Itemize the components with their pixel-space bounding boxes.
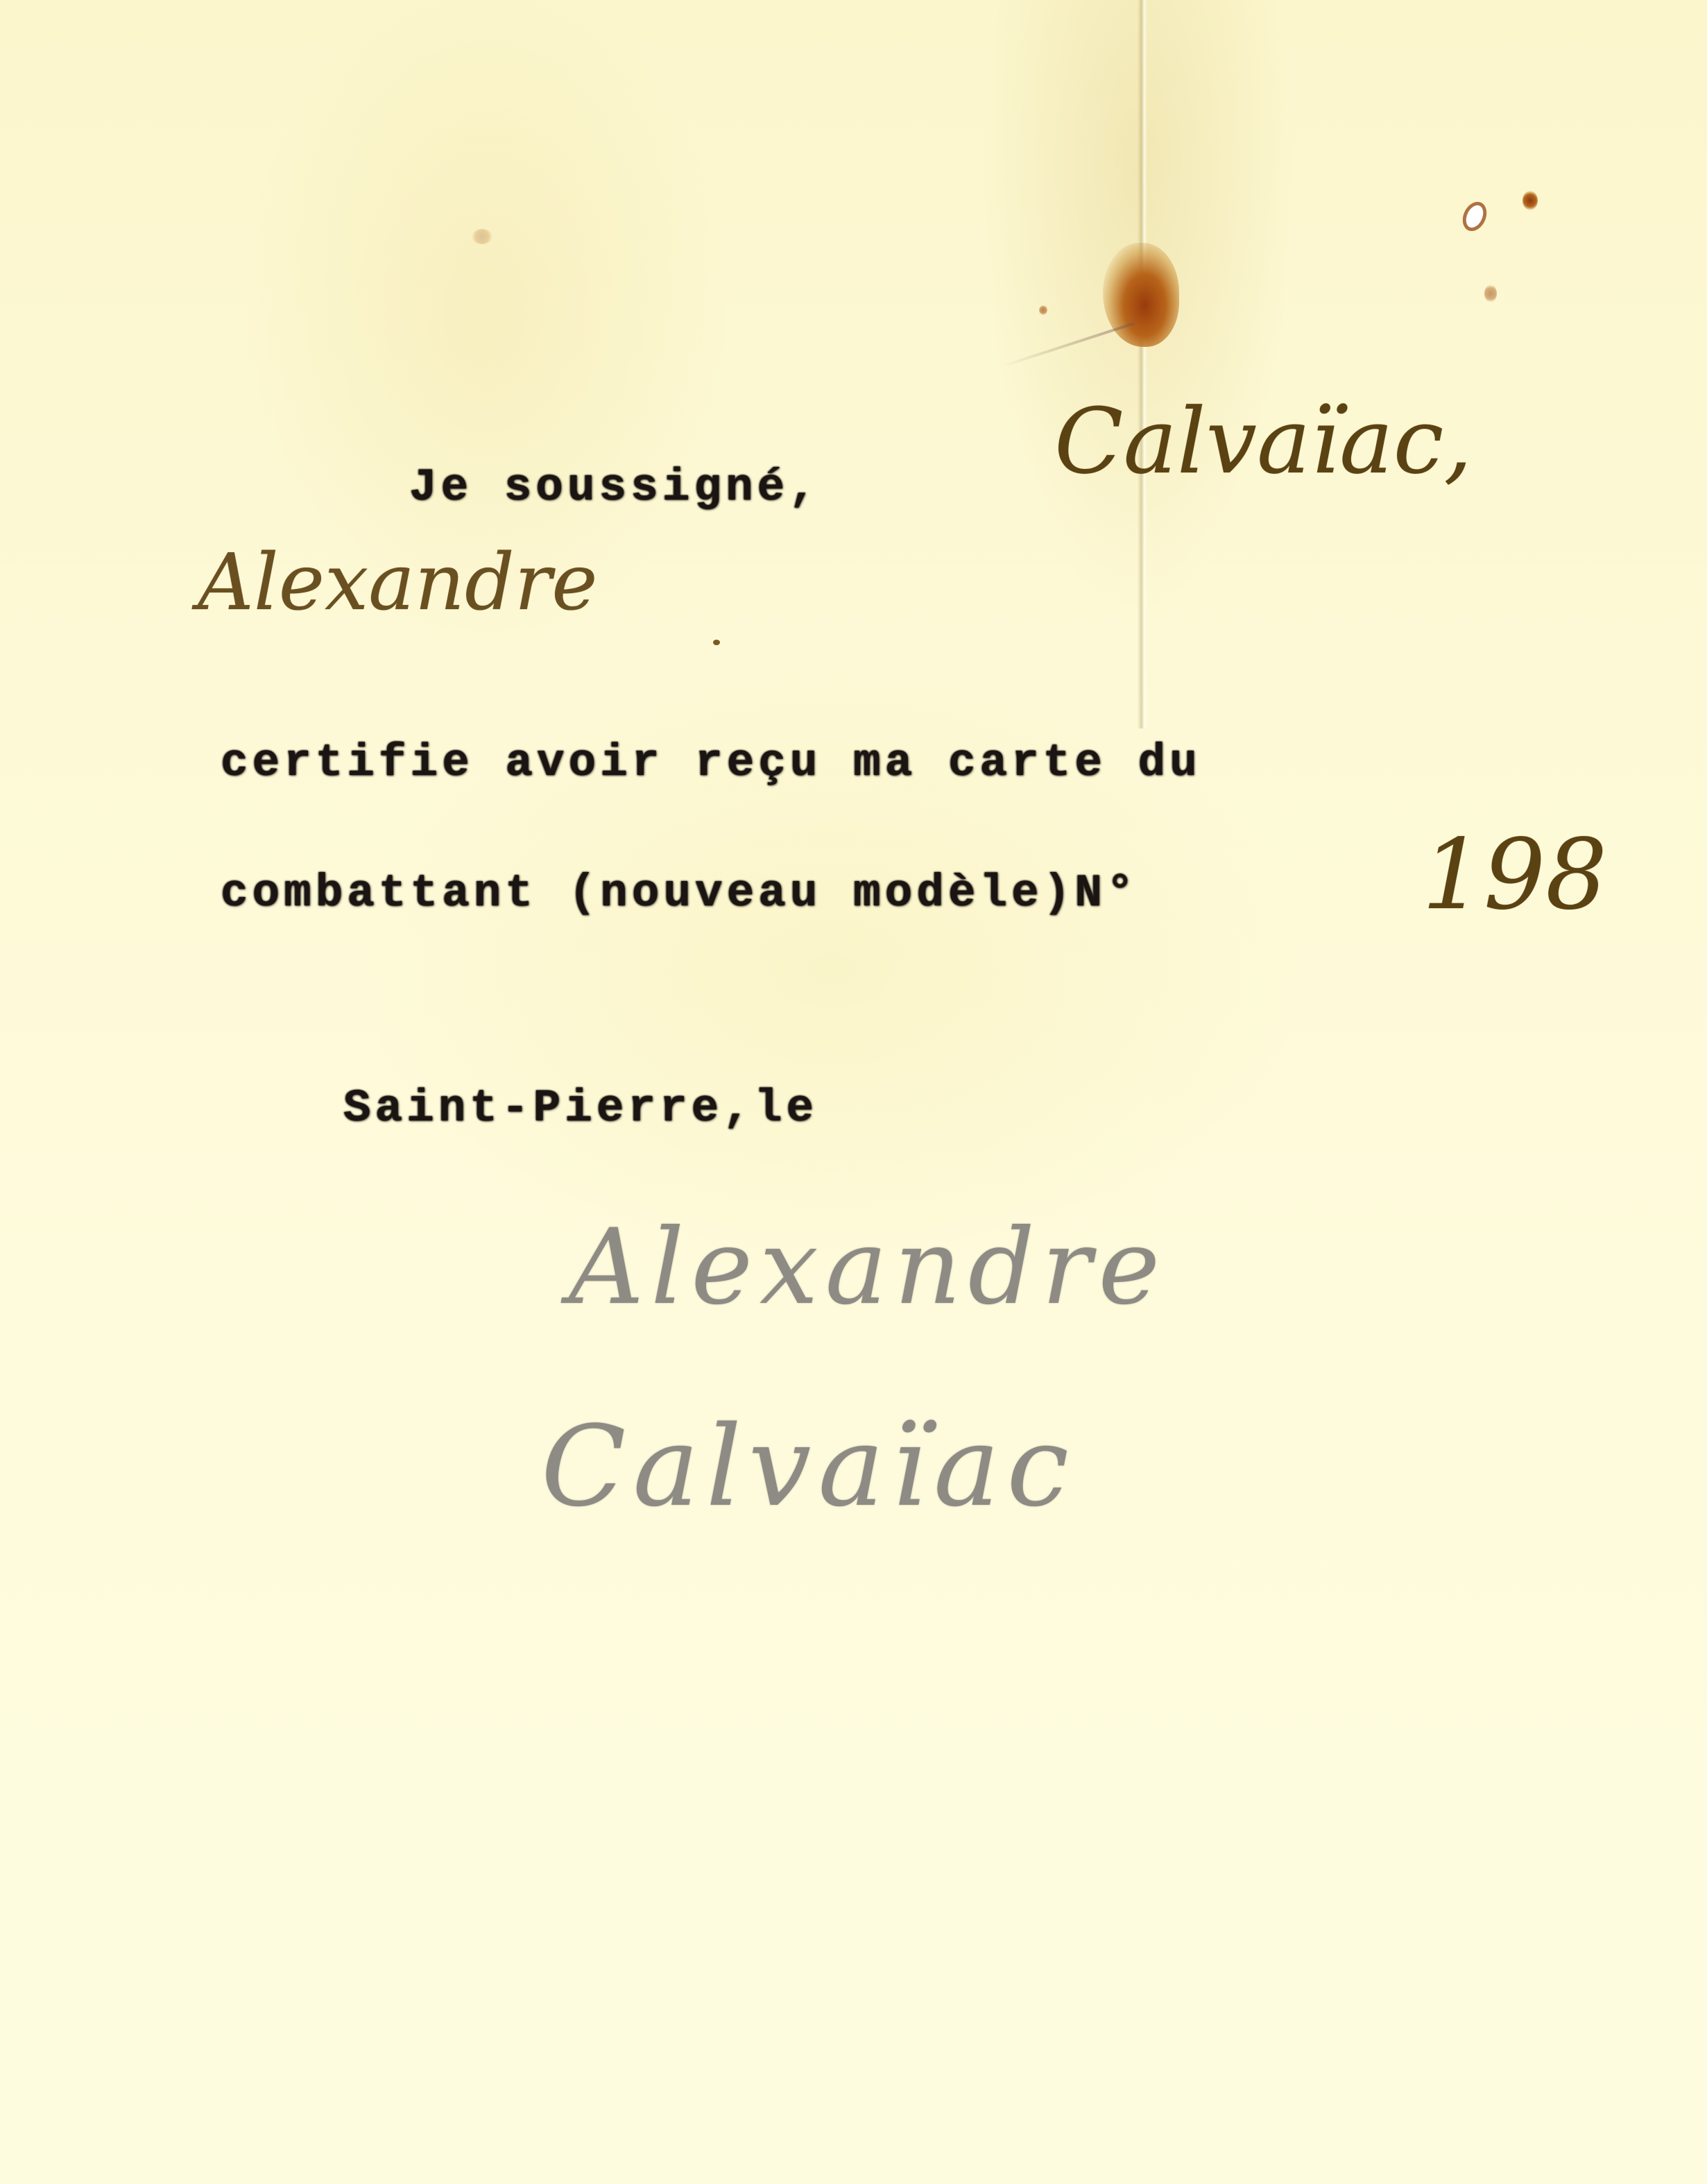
rust-spot (1484, 284, 1497, 302)
handwritten-given-name: Alexandre (198, 538, 598, 628)
typed-line-je-soussigne: Je soussigné, (409, 461, 821, 513)
paper-fold-crease (1138, 0, 1147, 728)
signature-surname: Calvaïac (541, 1401, 1076, 1531)
typed-place-date: Saint-Pierre,le (343, 1082, 818, 1134)
typed-line-certifie: certifie avoir reçu ma carte du (221, 737, 1201, 789)
handwritten-card-number: 198 (1422, 819, 1607, 932)
signature-given-name: Alexandre (569, 1207, 1167, 1328)
rust-spot (1039, 305, 1047, 315)
ink-period (713, 640, 720, 645)
rust-stain (1103, 243, 1179, 347)
handwritten-surname: Calvaïac, (1054, 389, 1473, 494)
rust-spot (472, 229, 492, 244)
rust-spot (1522, 191, 1538, 210)
typed-line-combattant: combattant (nouveau modèle)N° (221, 867, 1138, 919)
paper-background (0, 0, 1707, 2184)
